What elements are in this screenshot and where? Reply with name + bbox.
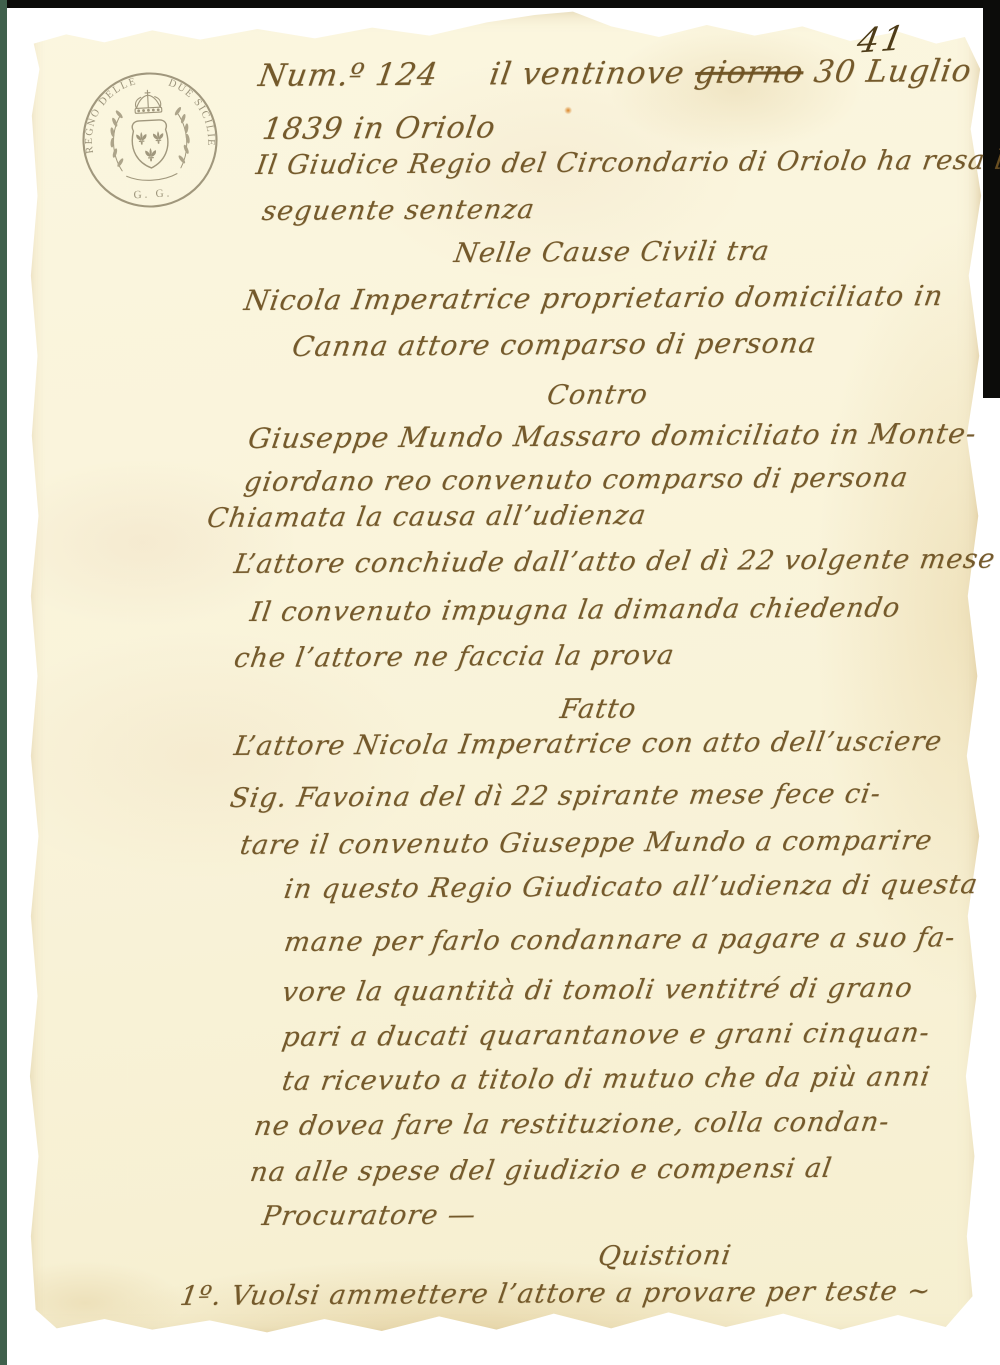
manuscript-text: Num.º 124il ventinove giorno 30 Luglio18… xyxy=(0,0,1000,1365)
manuscript-segment: 30 Luglio xyxy=(801,53,975,90)
manuscript-segment: tare il convenuto Giuseppe Mundo a compa… xyxy=(238,825,935,861)
manuscript-segment: pari a ducati quarantanove e grani cinqu… xyxy=(280,1017,932,1053)
manuscript-line: Fatto xyxy=(558,693,639,725)
manuscript-line: Il convenuto impugna la dimanda chiedend… xyxy=(248,592,903,628)
manuscript-line: Num.º 124il ventinove giorno 30 Luglio xyxy=(256,53,974,94)
manuscript-segment: che l’attore ne faccia la prova xyxy=(232,640,677,674)
manuscript-segment: Il convenuto impugna la dimanda chiedend… xyxy=(248,592,903,628)
manuscript-segment: Il Giudice Regio del Circondario di Orio… xyxy=(254,145,1000,181)
manuscript-segment: Procuratore — xyxy=(260,1200,478,1232)
manuscript-line: Quistioni xyxy=(596,1240,734,1272)
manuscript-segment: Canna attore comparso di persona xyxy=(290,326,819,363)
manuscript-segment: Nicola Imperatrice proprietario domicili… xyxy=(242,279,946,317)
manuscript-line: na alle spese del giudizio e compensi al xyxy=(248,1153,834,1188)
manuscript-segment: giordano reo convenuto comparso di perso… xyxy=(242,462,911,498)
manuscript-line: Canna attore comparso di persona xyxy=(290,326,819,363)
manuscript-line: Giuseppe Mundo Massaro domiciliato in Mo… xyxy=(246,417,979,455)
manuscript-segment: na alle spese del giudizio e compensi al xyxy=(248,1153,834,1188)
scanned-document: REGNO DELLE DUE SICILIE xyxy=(0,0,1000,1365)
manuscript-line: giordano reo convenuto comparso di perso… xyxy=(242,462,911,498)
manuscript-line: ta ricevuto a titolo di mutuo che da più… xyxy=(280,1061,933,1097)
manuscript-segment: Sig. Favoina del dì 22 spirante mese fec… xyxy=(228,778,883,814)
manuscript-segment: Contro xyxy=(545,379,650,411)
manuscript-line: che l’attore ne faccia la prova xyxy=(232,640,677,674)
manuscript-segment: L’attore Nicola Imperatrice con atto del… xyxy=(232,726,945,762)
manuscript-segment: seguente sentenza xyxy=(260,194,537,227)
manuscript-line: Il Giudice Regio del Circondario di Orio… xyxy=(254,145,1000,181)
manuscript-segment: ta ricevuto a titolo di mutuo che da più… xyxy=(280,1061,933,1097)
manuscript-line: L’attore Nicola Imperatrice con atto del… xyxy=(232,726,945,762)
manuscript-line: tare il convenuto Giuseppe Mundo a compa… xyxy=(238,825,935,861)
manuscript-segment: Nelle Cause Civili tra xyxy=(452,236,772,269)
manuscript-line: 1º. Vuolsi ammettere l’attore a provare … xyxy=(178,1276,933,1312)
manuscript-segment: Quistioni xyxy=(596,1240,734,1272)
manuscript-segment: in questo Regio Giudicato all’udienza di… xyxy=(282,869,980,905)
manuscript-segment: 1º. Vuolsi ammettere l’attore a provare … xyxy=(178,1276,933,1312)
manuscript-segment: L’attore conchiude dall’atto del dì 22 v… xyxy=(232,544,998,580)
manuscript-segment: Fatto xyxy=(558,693,639,725)
manuscript-line: mane per farlo condannare a pagare a suo… xyxy=(282,922,958,958)
manuscript-strikethrough-word: giorno xyxy=(693,54,806,91)
manuscript-line: ne dovea fare la restituzione, colla con… xyxy=(252,1107,892,1142)
manuscript-line: L’attore conchiude dall’atto del dì 22 v… xyxy=(232,544,998,580)
manuscript-line: vore la quantità di tomoli ventitré di g… xyxy=(280,973,915,1008)
manuscript-segment: il ventinove xyxy=(435,55,698,93)
manuscript-line: Sig. Favoina del dì 22 spirante mese fec… xyxy=(228,778,883,814)
manuscript-line: pari a ducati quarantanove e grani cinqu… xyxy=(280,1017,932,1053)
manuscript-segment: Giuseppe Mundo Massaro domiciliato in Mo… xyxy=(246,417,979,455)
manuscript-line: Procuratore — xyxy=(260,1200,478,1232)
manuscript-segment: vore la quantità di tomoli ventitré di g… xyxy=(280,973,915,1008)
manuscript-line: seguente sentenza xyxy=(260,194,537,227)
manuscript-line: Nicola Imperatrice proprietario domicili… xyxy=(242,279,946,317)
manuscript-segment: mane per farlo condannare a pagare a suo… xyxy=(282,922,958,958)
manuscript-segment: 1839 in Oriolo xyxy=(260,110,498,147)
manuscript-line: Chiamata la causa all’udienza xyxy=(205,500,649,534)
manuscript-segment: Num.º 124 xyxy=(256,57,441,94)
manuscript-line: in questo Regio Giudicato all’udienza di… xyxy=(282,869,980,905)
manuscript-line: 1839 in Oriolo xyxy=(260,110,498,147)
manuscript-line: Contro xyxy=(545,379,650,411)
manuscript-segment: Chiamata la causa all’udienza xyxy=(205,500,649,534)
manuscript-segment: ne dovea fare la restituzione, colla con… xyxy=(252,1107,892,1142)
manuscript-line: Nelle Cause Civili tra xyxy=(452,236,772,269)
